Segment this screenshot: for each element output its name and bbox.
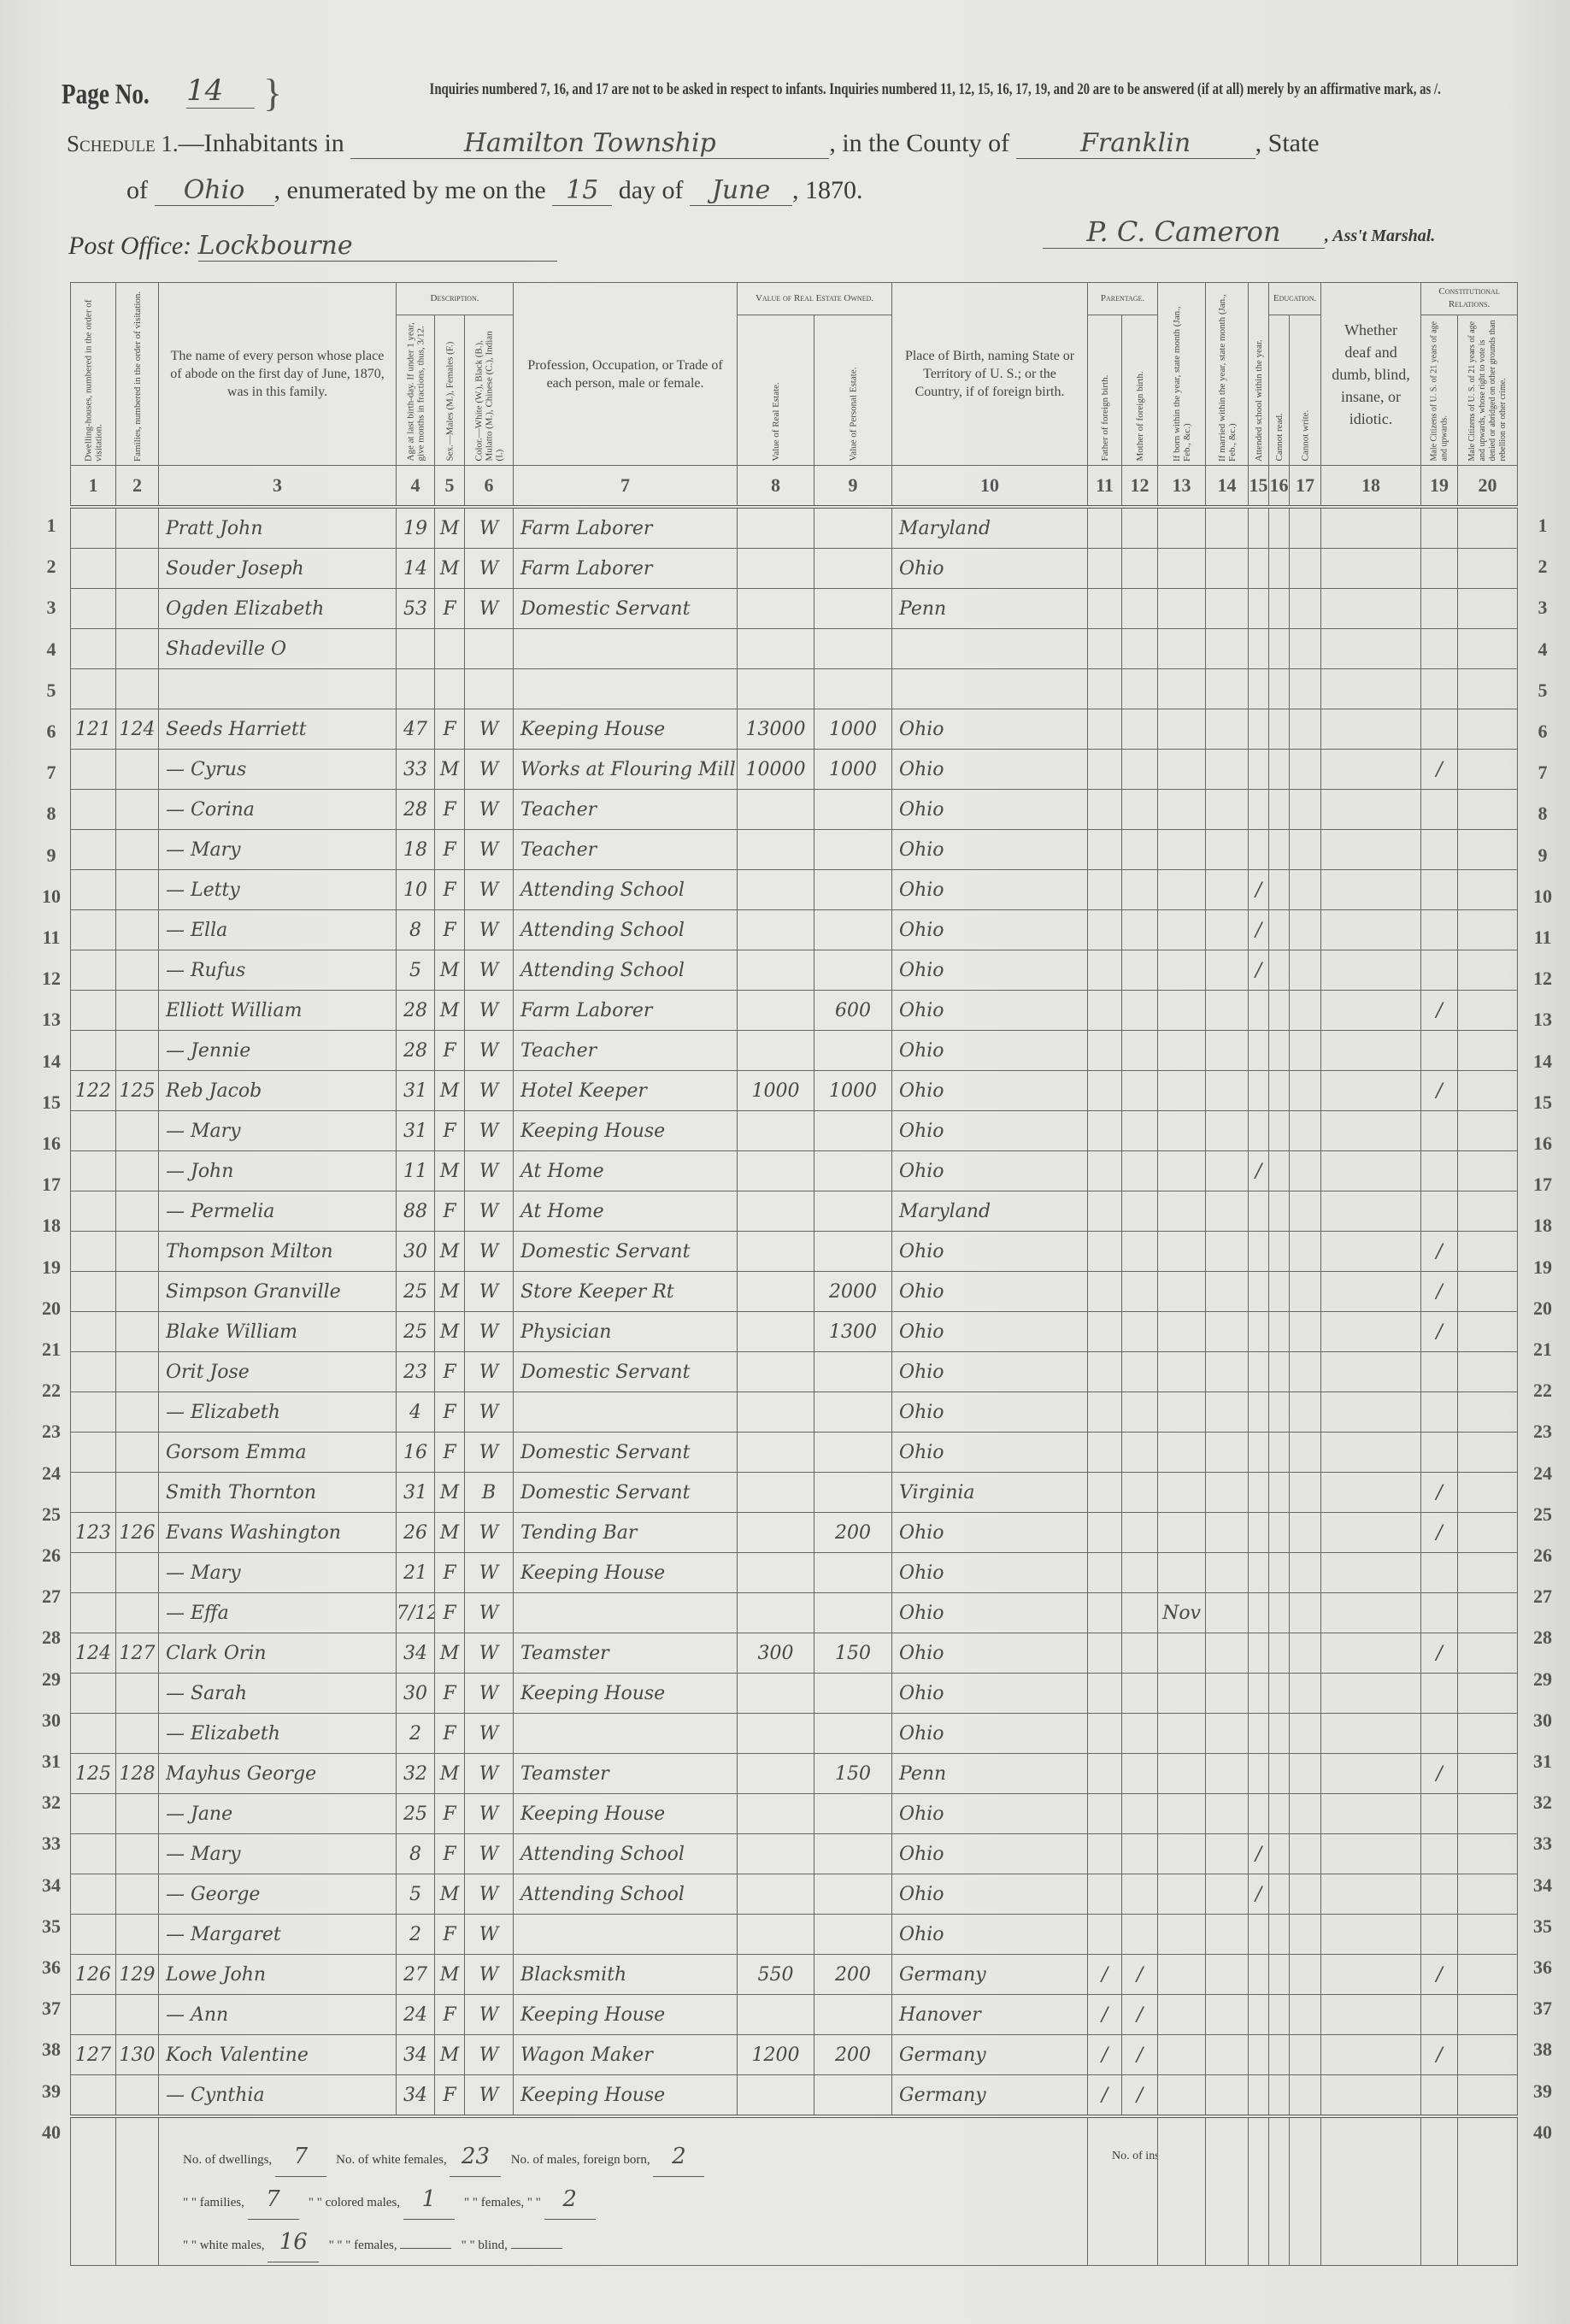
father-foreign: [1088, 709, 1122, 750]
row-number: 32: [1526, 1792, 1560, 1814]
row-number: 24: [1526, 1462, 1560, 1485]
marshal-signature-line: P. C. Cameron, Ass't Marshal.: [1043, 215, 1435, 249]
deaf-blind: [1321, 1513, 1421, 1553]
person-name: — Jane: [159, 1794, 397, 1834]
real-estate-value: 550: [738, 1955, 814, 1995]
father-foreign: [1088, 1111, 1122, 1151]
cannot-write: [1290, 790, 1321, 830]
personal-estate-value: [814, 1794, 892, 1834]
male-citizen: /: [1421, 1272, 1458, 1312]
real-estate-value: [738, 1111, 814, 1151]
color: W: [465, 2035, 514, 2075]
dwellings-count: 7: [275, 2137, 326, 2177]
vote-denied: [1458, 750, 1518, 790]
col-header-cannot-write: Cannot write.: [1290, 315, 1321, 465]
mother-foreign: [1122, 669, 1158, 709]
row-number: 32: [34, 1792, 68, 1814]
sex: M: [435, 1633, 465, 1674]
vote-denied: [1458, 830, 1518, 870]
male-citizen: [1421, 1794, 1458, 1834]
family-number: [116, 1352, 159, 1392]
personal-estate-value: [814, 790, 892, 830]
deaf-blind: [1321, 1714, 1421, 1754]
attended-school: [1249, 1754, 1269, 1794]
post-office-label: Post Office:: [68, 232, 191, 260]
married-month: [1206, 1312, 1249, 1352]
married-month: [1206, 1352, 1249, 1392]
age: 10: [397, 870, 435, 910]
male-citizen: [1421, 2075, 1458, 2117]
cannot-write: [1290, 870, 1321, 910]
person-name: — Mary: [159, 1834, 397, 1874]
real-estate-value: 1200: [738, 2035, 814, 2075]
mother-foreign: [1122, 1433, 1158, 1473]
row-number: 38: [34, 2039, 68, 2061]
row-number: 5: [1526, 680, 1560, 702]
born-month: [1158, 750, 1206, 790]
attended-school: [1249, 1272, 1269, 1312]
sex: F: [435, 1031, 465, 1071]
family-number: [116, 750, 159, 790]
group-header-value: Value of Real Estate Owned.: [738, 283, 892, 315]
dwelling-number: [71, 910, 116, 950]
row-number: 3: [34, 597, 68, 619]
occupation: Domestic Servant: [514, 589, 738, 629]
color: W: [465, 1071, 514, 1111]
personal-estate-value: [814, 1995, 892, 2035]
cannot-write: [1290, 1232, 1321, 1272]
attended-school: [1249, 2035, 1269, 2075]
married-month: [1206, 1111, 1249, 1151]
cannot-read: [1269, 1553, 1290, 1593]
real-estate-value: [738, 589, 814, 629]
color: W: [465, 1031, 514, 1071]
table-row: — Mary21FWKeeping HouseOhio: [71, 1553, 1518, 1593]
cannot-write: [1290, 1995, 1321, 2035]
col-header-cannot-read: Cannot read.: [1269, 315, 1290, 465]
column-number: 5: [435, 466, 465, 508]
father-foreign: [1088, 1272, 1122, 1312]
attended-school: [1249, 1513, 1269, 1553]
birthplace: [892, 629, 1088, 669]
mother-foreign: [1122, 910, 1158, 950]
personal-estate-value: 150: [814, 1633, 892, 1674]
cannot-read: [1269, 1714, 1290, 1754]
vote-denied: [1458, 1593, 1518, 1633]
row-number: 6: [1526, 721, 1560, 743]
attended-school: [1249, 1232, 1269, 1272]
cannot-read: [1269, 1674, 1290, 1714]
families-label: " " families,: [183, 2196, 244, 2209]
male-citizen: /: [1421, 1232, 1458, 1272]
birthplace: Ohio: [892, 1352, 1088, 1392]
occupation: Blacksmith: [514, 1955, 738, 1995]
occupation: Teamster: [514, 1633, 738, 1674]
col-header-name: The name of every person whose place of …: [159, 283, 397, 466]
person-name: Shadeville O: [159, 629, 397, 669]
father-foreign: [1088, 549, 1122, 589]
color: W: [465, 1714, 514, 1754]
mother-foreign: [1122, 629, 1158, 669]
birthplace: Ohio: [892, 1633, 1088, 1674]
color: W: [465, 1633, 514, 1674]
dwelling-number: [71, 1834, 116, 1874]
personal-estate-value: [814, 1232, 892, 1272]
male-citizen: /: [1421, 1312, 1458, 1352]
row-number: 6: [34, 721, 68, 743]
row-number: 35: [1526, 1915, 1560, 1938]
occupation: Keeping House: [514, 1995, 738, 2035]
personal-estate-value: [814, 950, 892, 991]
color: W: [465, 1995, 514, 2035]
married-month: [1206, 1553, 1249, 1593]
table-row: — Mary18FWTeacherOhio: [71, 830, 1518, 870]
table-row: 121124Seeds Harriett47FWKeeping House130…: [71, 709, 1518, 750]
person-name: Simpson Granville: [159, 1272, 397, 1312]
sex: F: [435, 1834, 465, 1874]
age: 2: [397, 1915, 435, 1955]
insane-block: No. of insane,: [1088, 2116, 1158, 2266]
born-month: [1158, 1915, 1206, 1955]
vote-denied: [1458, 1834, 1518, 1874]
year-label: , 1870.: [792, 176, 863, 204]
dwelling-number: [71, 830, 116, 870]
deaf-blind: [1321, 709, 1421, 750]
sex: M: [435, 549, 465, 589]
birthplace: Ohio: [892, 549, 1088, 589]
father-foreign: [1088, 950, 1122, 991]
row-number: 7: [34, 762, 68, 784]
real-estate-value: [738, 870, 814, 910]
age: 25: [397, 1272, 435, 1312]
birthplace: Ohio: [892, 950, 1088, 991]
dwelling-number: 126: [71, 1955, 116, 1995]
occupation: Teacher: [514, 790, 738, 830]
sex: M: [435, 1513, 465, 1553]
real-estate-value: [738, 790, 814, 830]
cannot-write: [1290, 1593, 1321, 1633]
deaf-blind: [1321, 1995, 1421, 2035]
color: W: [465, 1915, 514, 1955]
deaf-blind: [1321, 1151, 1421, 1191]
sex: F: [435, 1111, 465, 1151]
mother-foreign: [1122, 1191, 1158, 1232]
vote-denied: [1458, 1553, 1518, 1593]
person-name: — Mary: [159, 1111, 397, 1151]
vote-denied: [1458, 1433, 1518, 1473]
color: W: [465, 910, 514, 950]
col-header-sex: Sex.—Males (M.), Females (F.): [435, 315, 465, 465]
color: W: [465, 790, 514, 830]
color: W: [465, 1392, 514, 1433]
male-citizen: [1421, 910, 1458, 950]
white-males-count: 16: [268, 2222, 319, 2262]
dwelling-number: [71, 950, 116, 991]
sex: [435, 669, 465, 709]
born-month: [1158, 549, 1206, 589]
family-number: [116, 2075, 159, 2117]
occupation: Keeping House: [514, 1553, 738, 1593]
age: 31: [397, 1473, 435, 1513]
deaf-blind: [1321, 1553, 1421, 1593]
attended-school: [1249, 1633, 1269, 1674]
group-header-parentage: Parentage.: [1088, 283, 1158, 315]
table-row: — Sarah30FWKeeping HouseOhio: [71, 1674, 1518, 1714]
colored-males-label: " " colored males,: [309, 2196, 400, 2209]
mother-foreign: [1122, 1352, 1158, 1392]
person-name: — Elizabeth: [159, 1714, 397, 1754]
row-number: 30: [34, 1709, 68, 1732]
born-month: [1158, 1473, 1206, 1513]
real-estate-value: [738, 1312, 814, 1352]
dwelling-number: 127: [71, 2035, 116, 2075]
row-number: 17: [1526, 1174, 1560, 1196]
mother-foreign: [1122, 1714, 1158, 1754]
sex: M: [435, 1312, 465, 1352]
cannot-write: [1290, 1151, 1321, 1191]
personal-estate-value: [814, 1031, 892, 1071]
real-estate-value: 13000: [738, 709, 814, 750]
table-row: Shadeville O: [71, 629, 1518, 669]
male-citizen: [1421, 1593, 1458, 1633]
cannot-read: [1269, 2035, 1290, 2075]
cannot-read: [1269, 870, 1290, 910]
married-month: [1206, 1513, 1249, 1553]
person-name: Pratt John: [159, 507, 397, 549]
age: 53: [397, 589, 435, 629]
birthplace: Ohio: [892, 830, 1088, 870]
male-citizen: /: [1421, 1633, 1458, 1674]
cannot-read: [1269, 1513, 1290, 1553]
attended-school: [1249, 830, 1269, 870]
born-month: [1158, 991, 1206, 1031]
females-foreign-count: 2: [544, 2180, 596, 2220]
born-month: [1158, 1111, 1206, 1151]
vote-denied: [1458, 1232, 1518, 1272]
deaf-blind: [1321, 1232, 1421, 1272]
married-month: [1206, 910, 1249, 950]
occupation: [514, 1593, 738, 1633]
row-number: 38: [1526, 2039, 1560, 2061]
cannot-write: [1290, 950, 1321, 991]
father-foreign: [1088, 991, 1122, 1031]
day-of-label: day of: [619, 176, 684, 204]
color: W: [465, 870, 514, 910]
sex: M: [435, 2035, 465, 2075]
column-number: 19: [1421, 466, 1458, 508]
male-citizen: [1421, 1714, 1458, 1754]
person-name: — Corina: [159, 790, 397, 830]
married-month: [1206, 2035, 1249, 2075]
attended-school: [1249, 669, 1269, 709]
real-estate-value: [738, 1272, 814, 1312]
family-number: [116, 1433, 159, 1473]
family-number: [116, 549, 159, 589]
personal-estate-value: [814, 1834, 892, 1874]
color: [465, 629, 514, 669]
row-number: 16: [34, 1133, 68, 1155]
occupation: Keeping House: [514, 709, 738, 750]
cannot-write: [1290, 629, 1321, 669]
row-number: 10: [1526, 885, 1560, 908]
vote-denied: [1458, 1714, 1518, 1754]
married-month: [1206, 1674, 1249, 1714]
column-number: 7: [514, 466, 738, 508]
mother-foreign: [1122, 1915, 1158, 1955]
color: W: [465, 1111, 514, 1151]
person-name: — Cyrus: [159, 750, 397, 790]
attended-school: [1249, 1714, 1269, 1754]
birthplace: Ohio: [892, 790, 1088, 830]
dwelling-number: [71, 1392, 116, 1433]
day-field: 15: [552, 175, 612, 206]
column-number: 12: [1122, 466, 1158, 508]
personal-estate-value: [814, 1553, 892, 1593]
family-number: [116, 1272, 159, 1312]
post-office-line: Post Office: Lockbourne: [68, 231, 557, 262]
personal-estate-value: 1300: [814, 1312, 892, 1352]
row-number: 3: [1526, 597, 1560, 619]
row-number: 25: [1526, 1503, 1560, 1526]
column-number: 18: [1321, 466, 1421, 508]
birthplace: Ohio: [892, 1151, 1088, 1191]
row-number: 34: [1526, 1874, 1560, 1897]
real-estate-value: [738, 1392, 814, 1433]
birthplace: [892, 669, 1088, 709]
cannot-write: [1290, 1433, 1321, 1473]
mother-foreign: [1122, 1874, 1158, 1915]
row-number: 17: [34, 1174, 68, 1196]
row-number: 11: [34, 927, 68, 949]
person-name: — John: [159, 1151, 397, 1191]
column-number-row: 1234567891011121314151617181920: [71, 466, 1518, 508]
color: W: [465, 1874, 514, 1915]
marshal-signature: P. C. Cameron: [1043, 215, 1325, 249]
married-month: [1206, 1915, 1249, 1955]
table-row: — Cynthia34FWKeeping HouseGermany//: [71, 2075, 1518, 2117]
real-estate-value: [738, 1794, 814, 1834]
sex: M: [435, 1473, 465, 1513]
mother-foreign: [1122, 1794, 1158, 1834]
deaf-blind: [1321, 910, 1421, 950]
person-name: Koch Valentine: [159, 2035, 397, 2075]
born-month: [1158, 629, 1206, 669]
father-foreign: [1088, 1513, 1122, 1553]
cannot-write: [1290, 991, 1321, 1031]
colored-females-count: [400, 2248, 451, 2249]
birthplace: Ohio: [892, 1834, 1088, 1874]
person-name: — Mary: [159, 1553, 397, 1593]
age: 34: [397, 2035, 435, 2075]
real-estate-value: 10000: [738, 750, 814, 790]
father-foreign: [1088, 1232, 1122, 1272]
deaf-blind: [1321, 2035, 1421, 2075]
married-month: [1206, 1433, 1249, 1473]
dwelling-number: [71, 1874, 116, 1915]
real-estate-value: [738, 950, 814, 991]
father-foreign: [1088, 1553, 1122, 1593]
married-month: [1206, 1834, 1249, 1874]
occupation: Domestic Servant: [514, 1473, 738, 1513]
row-number: 11: [1526, 927, 1560, 949]
real-estate-value: [738, 549, 814, 589]
dwelling-number: [71, 790, 116, 830]
vote-denied: [1458, 669, 1518, 709]
vote-denied: [1458, 709, 1518, 750]
deaf-blind: [1321, 1593, 1421, 1633]
attended-school: [1249, 1433, 1269, 1473]
table-row: Ogden Elizabeth53FWDomestic ServantPenn: [71, 589, 1518, 629]
born-month: [1158, 910, 1206, 950]
schedule-label: Schedule 1.: [67, 131, 179, 156]
row-number: 13: [1526, 1009, 1560, 1031]
occupation: At Home: [514, 1151, 738, 1191]
occupation: Attending School: [514, 950, 738, 991]
sex: M: [435, 1272, 465, 1312]
married-month: [1206, 2075, 1249, 2117]
real-estate-value: [738, 1473, 814, 1513]
occupation: Domestic Servant: [514, 1433, 738, 1473]
color: W: [465, 750, 514, 790]
cannot-write: [1290, 1352, 1321, 1392]
real-estate-value: [738, 1513, 814, 1553]
sex: F: [435, 2075, 465, 2117]
personal-estate-value: 1000: [814, 750, 892, 790]
row-number: 39: [1526, 2080, 1560, 2103]
person-name: Elliott William: [159, 991, 397, 1031]
married-month: [1206, 950, 1249, 991]
father-foreign: [1088, 1031, 1122, 1071]
row-number: 24: [34, 1462, 68, 1485]
real-estate-value: [738, 629, 814, 669]
mother-foreign: [1122, 1473, 1158, 1513]
row-number: 5: [34, 680, 68, 702]
male-citizen: /: [1421, 991, 1458, 1031]
born-month: [1158, 1794, 1206, 1834]
born-month: [1158, 2035, 1206, 2075]
cannot-read: [1269, 991, 1290, 1031]
age: 16: [397, 1433, 435, 1473]
male-citizen: [1421, 589, 1458, 629]
color: W: [465, 549, 514, 589]
real-estate-value: 1000: [738, 1071, 814, 1111]
age: 28: [397, 991, 435, 1031]
row-number: 12: [34, 968, 68, 990]
born-month: [1158, 1272, 1206, 1312]
born-month: [1158, 1151, 1206, 1191]
father-foreign: [1088, 1071, 1122, 1111]
row-number: 31: [34, 1750, 68, 1773]
family-number: [116, 1031, 159, 1071]
color: W: [465, 1955, 514, 1995]
male-citizen: [1421, 669, 1458, 709]
person-name: — Margaret: [159, 1915, 397, 1955]
age: [397, 669, 435, 709]
dwelling-number: [71, 1794, 116, 1834]
family-number: [116, 1111, 159, 1151]
sex: F: [435, 1553, 465, 1593]
family-number: [116, 1834, 159, 1874]
page-number-value: 14: [186, 74, 255, 109]
family-number: [116, 1312, 159, 1352]
person-name: — Cynthia: [159, 2075, 397, 2117]
col-header-attended-school: Attended school within the year.: [1249, 283, 1269, 466]
vote-denied: [1458, 870, 1518, 910]
cannot-read: [1269, 1151, 1290, 1191]
father-foreign: [1088, 790, 1122, 830]
real-estate-value: [738, 1674, 814, 1714]
person-name: Reb Jacob: [159, 1071, 397, 1111]
